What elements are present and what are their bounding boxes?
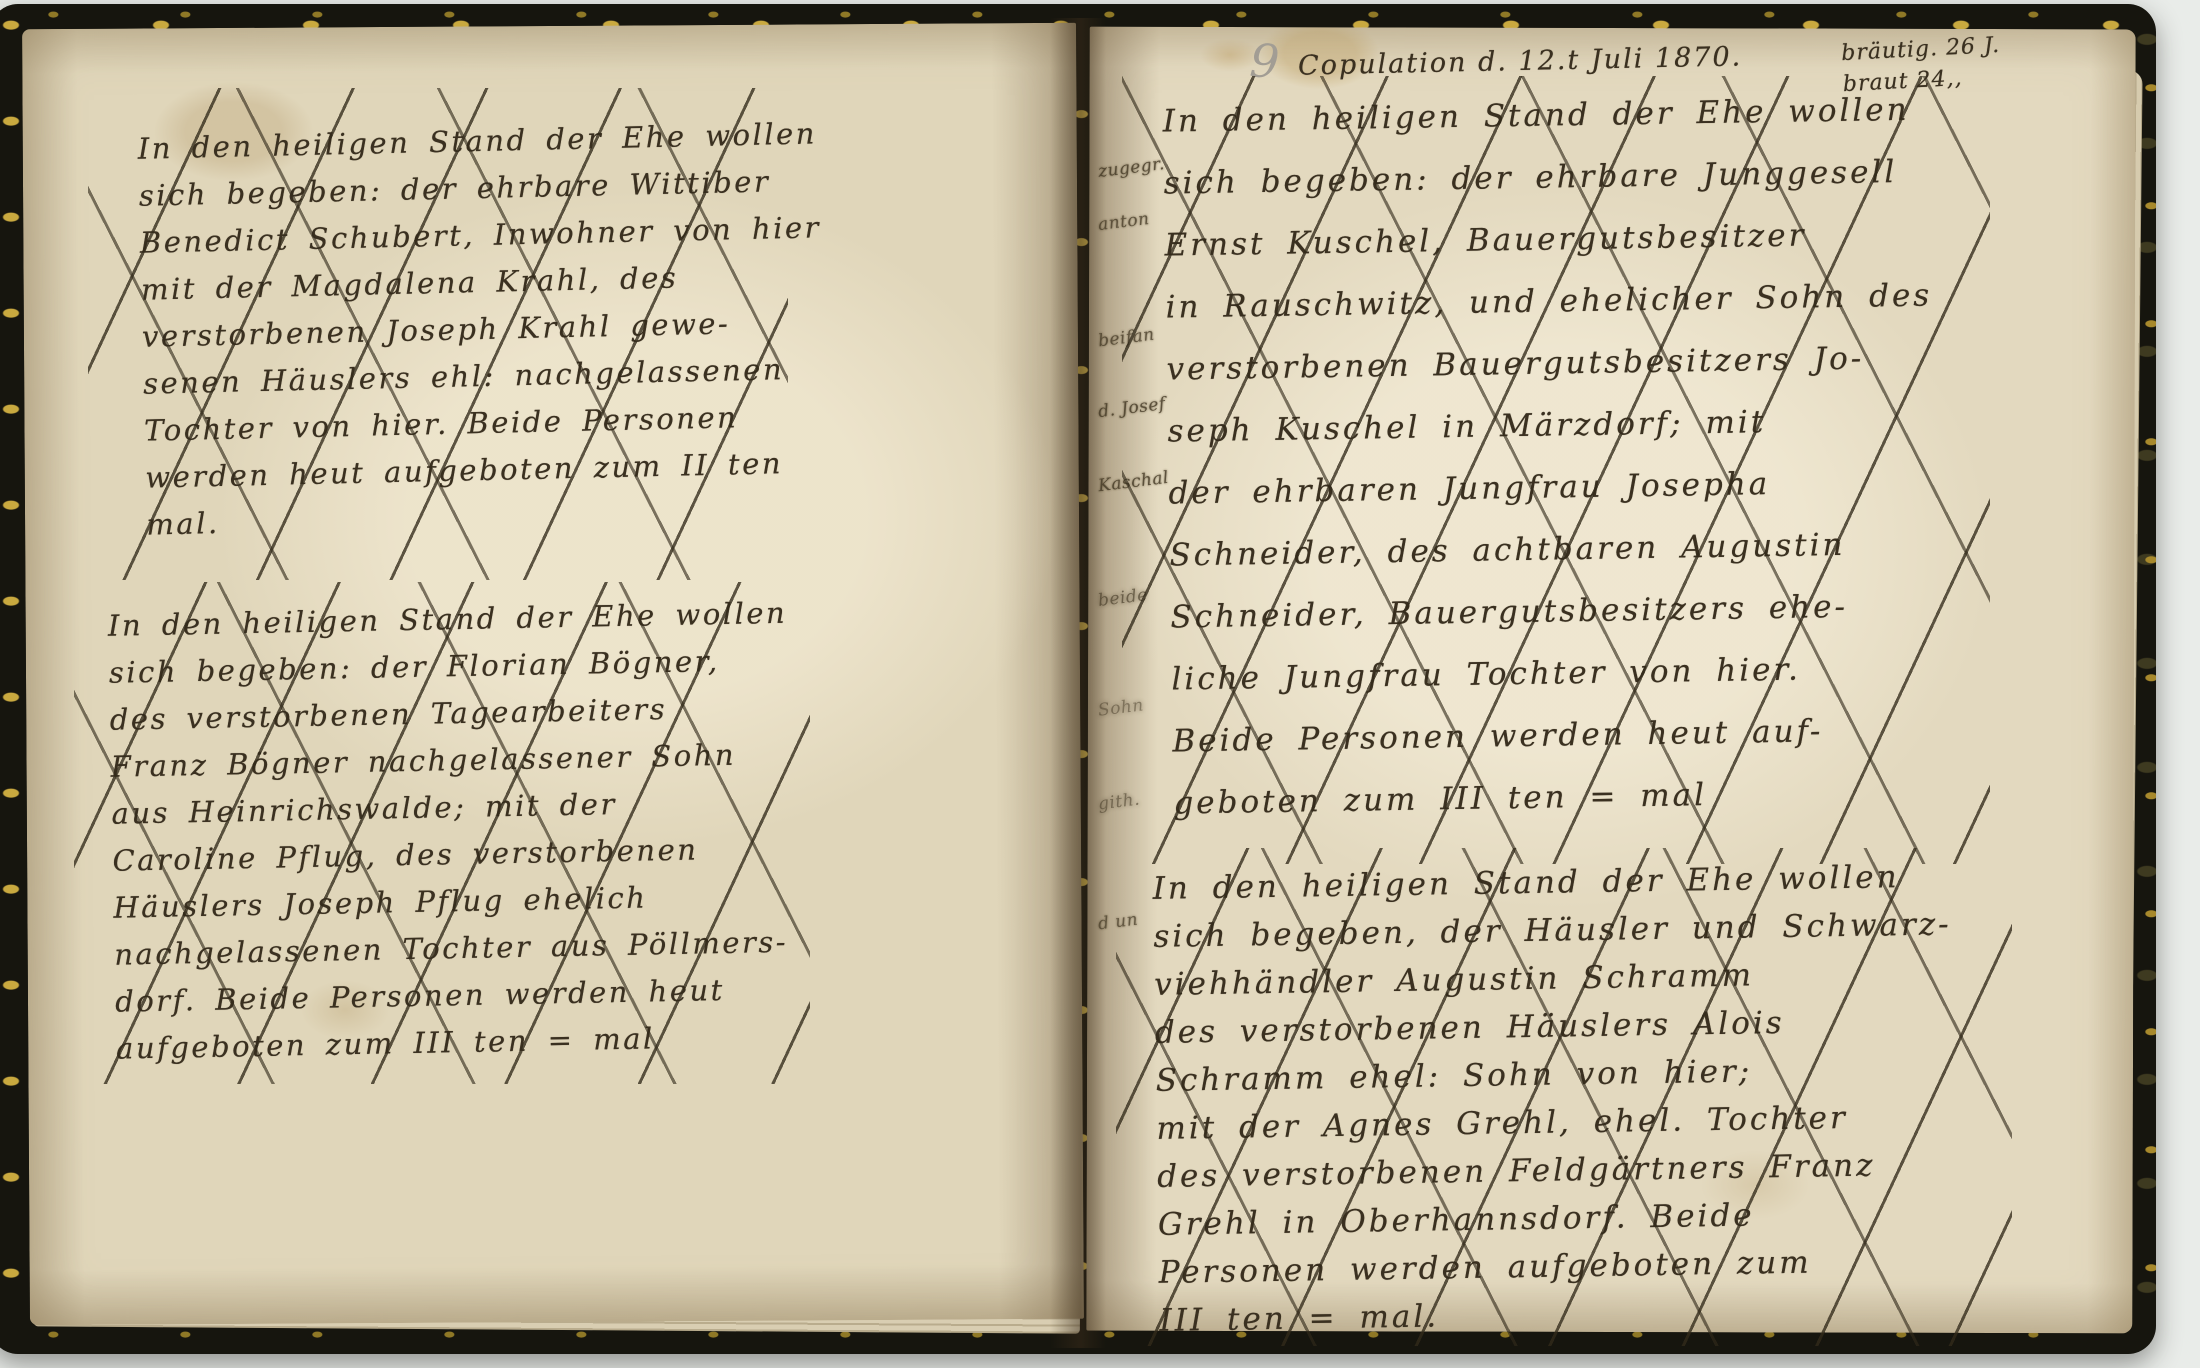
manuscript-scan: In den heiligen Stand der Ehe wollensich… [0, 0, 2200, 1368]
banns-entry-kuschel-schneider: In den heiligen Stand der Ehe wollensich… [1162, 78, 2004, 835]
pencil-page-number: 9 [1248, 33, 1281, 89]
handwritten-line: in Rauschwitz, und ehelicher Sohn des [1165, 264, 1996, 339]
banns-entry-schramm-grehl: In den heiligen Stand der Ehe wollensich… [1152, 851, 2029, 1345]
handwritten-line: geboten zum III ten = mal [1173, 759, 2004, 834]
handwritten-line: sich begeben: der ehrbare Junggesell [1163, 140, 1994, 215]
banns-entry-schubert-krahl: In den heiligen Stand der Ehe wollensich… [137, 110, 826, 548]
banns-entry-boegner-pflug: In den heiligen Stand der Ehe wollensich… [108, 589, 817, 1072]
